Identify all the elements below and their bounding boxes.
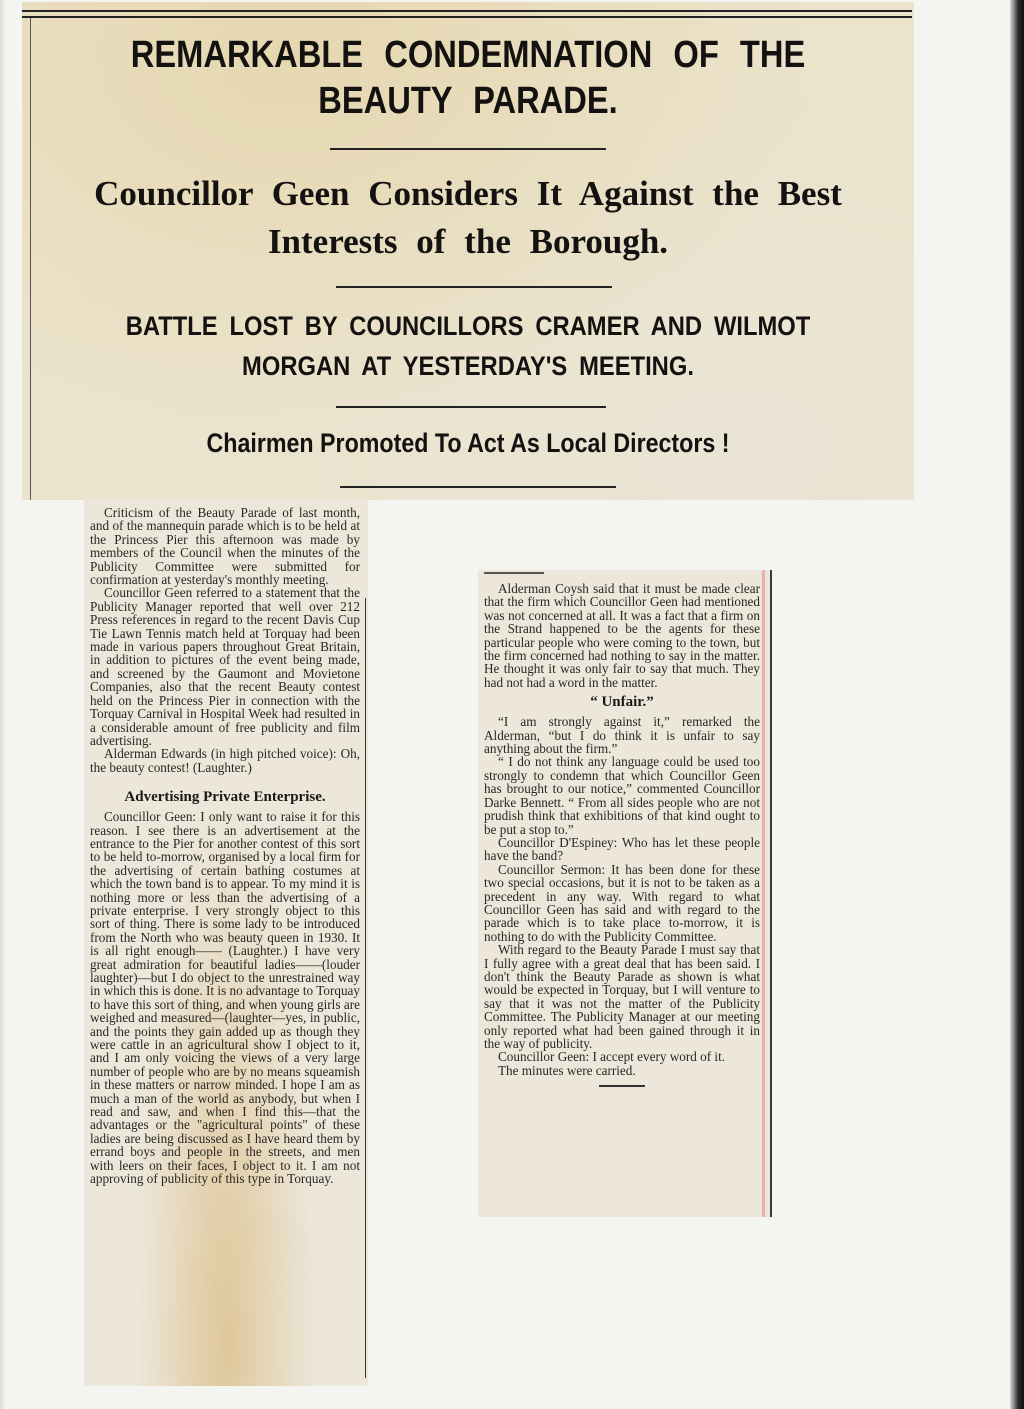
headline-clipping: REMARKABLE CONDEMNATION OF THE BEAUTY PA… (22, 2, 914, 500)
article-paragraph: Alderman Coysh said that it must be made… (484, 582, 760, 689)
main-headline: REMARKABLE CONDEMNATION OF THE BEAUTY PA… (84, 32, 851, 124)
article-paragraph: Councillor Geen referred to a statement … (90, 586, 360, 747)
page-edge-left (0, 0, 6, 1409)
article-end-rule (599, 1085, 645, 1087)
article-column-right: Alderman Coysh said that it must be made… (478, 570, 770, 1217)
article-paragraph: Councillor Geen: I only want to raise it… (90, 810, 360, 1185)
section-subhead: Advertising Private Enterprise. (90, 788, 360, 806)
article-paragraph: Councillor Sermon: It has been done for … (484, 863, 760, 943)
headline-divider (336, 286, 612, 288)
article-column-left: Criticism of the Beauty Parade of last m… (84, 498, 368, 1386)
battle-headline: BATTLE LOST BY COUNCILLORS CRAMER AND WI… (76, 306, 861, 386)
headline-divider-long (420, 406, 606, 408)
article-paragraph: Alderman Edwards (in high pitched voice)… (90, 747, 360, 774)
article-body-right: Alderman Coysh said that it must be made… (484, 582, 760, 1087)
page-edge-right (1010, 0, 1024, 1409)
article-paragraph: Councillor Geen: I accept every word of … (484, 1050, 760, 1063)
column-rule-right (365, 598, 366, 1378)
headline-divider (330, 148, 606, 150)
column-rule-right (770, 570, 772, 1217)
double-rule-bottom (22, 16, 912, 18)
clipping-cut-edge (484, 572, 544, 574)
red-margin-mark (762, 570, 765, 1217)
double-rule-top (22, 10, 912, 12)
section-subhead: “ Unfair.” (484, 693, 760, 711)
article-paragraph: Councillor D'Espiney: Who has let these … (484, 836, 760, 863)
article-body-left: Criticism of the Beauty Parade of last m… (90, 506, 360, 1186)
headline-divider (340, 486, 616, 488)
sub-headline: Councillor Geen Considers It Against the… (22, 170, 914, 266)
headline-divider-short (336, 406, 422, 408)
article-paragraph: “I am strongly against it,” remarked the… (484, 715, 760, 755)
chairmen-headline: Chairmen Promoted To Act As Local Direct… (84, 425, 851, 461)
article-paragraph: Criticism of the Beauty Parade of last m… (90, 506, 360, 586)
article-paragraph: The minutes were carried. (484, 1064, 760, 1077)
article-paragraph: “ I do not think any language could be u… (484, 755, 760, 835)
article-paragraph: With regard to the Beauty Parade I must … (484, 943, 760, 1050)
